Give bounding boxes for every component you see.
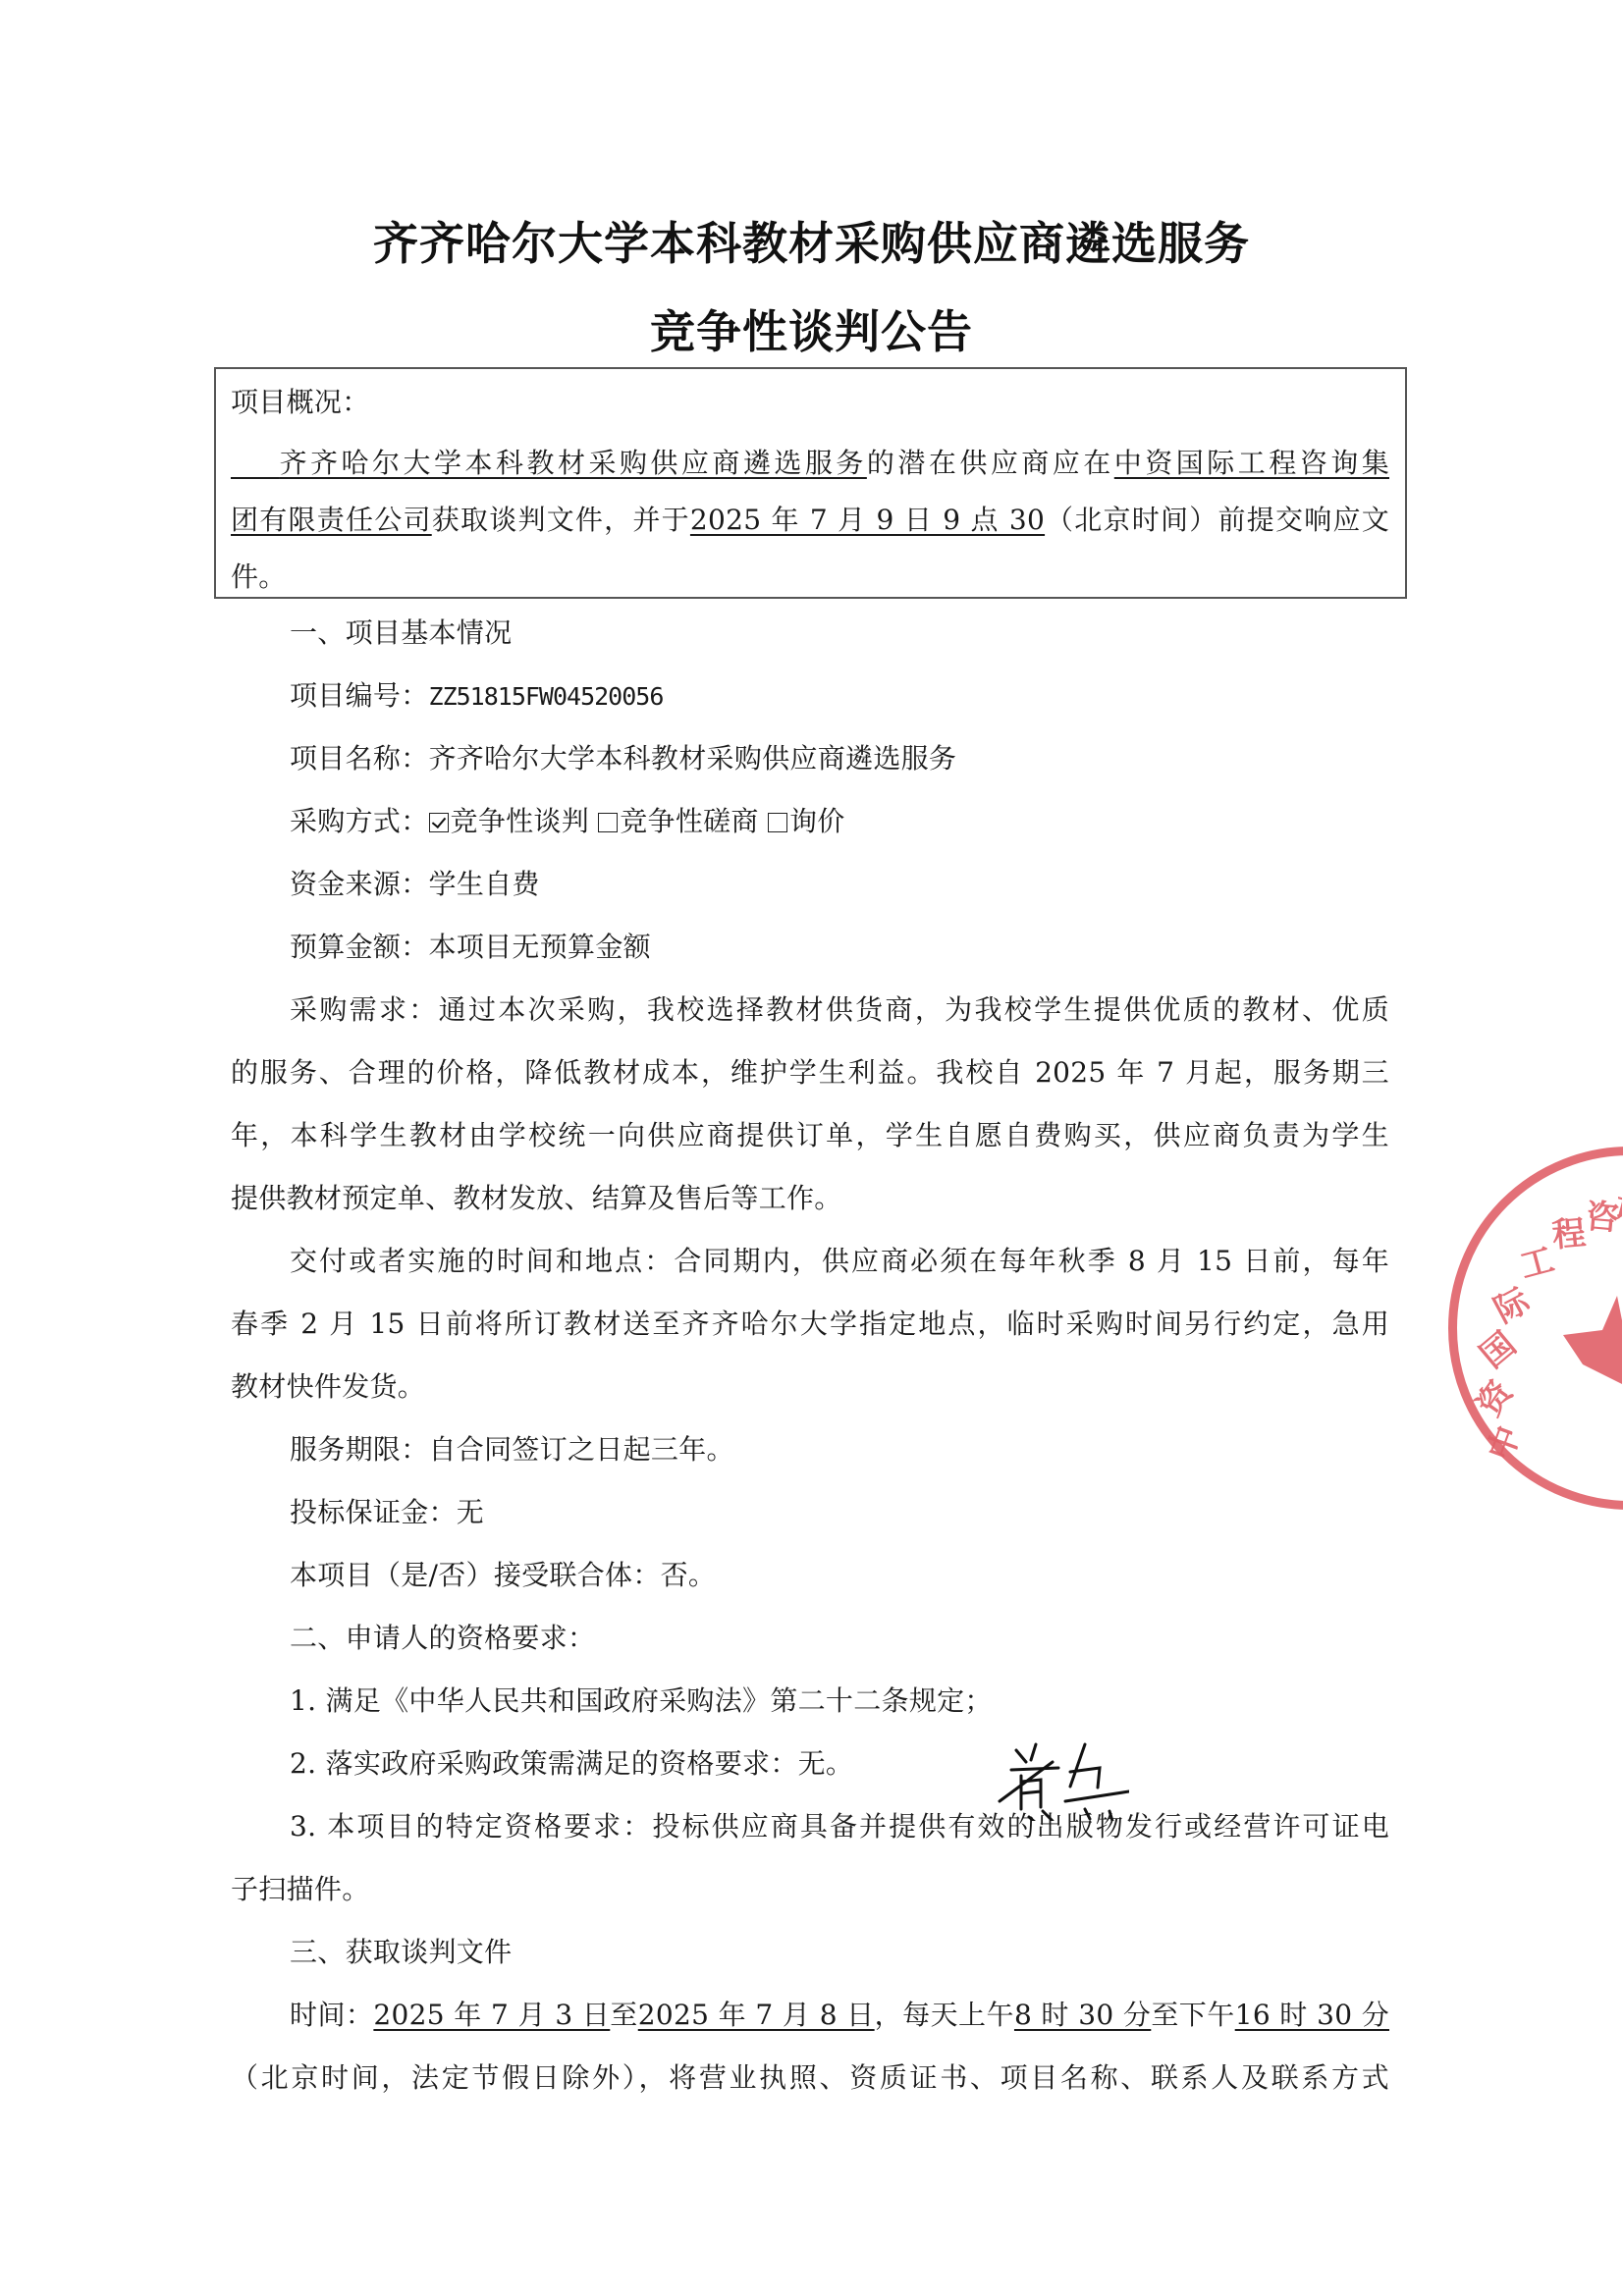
project-number-value: ZZ51815FW04520056	[429, 682, 664, 711]
section1-heading: 一、项目基本情况	[290, 616, 512, 650]
svg-text:际: 际	[1488, 1280, 1537, 1331]
start-date: 2025 年 7 月 3 日	[373, 1999, 610, 2031]
section2-heading: 二、申请人的资格要求：	[290, 1622, 595, 1655]
end-date: 2025 年 7 月 8 日	[638, 1999, 875, 2031]
svg-text:资: 资	[1470, 1373, 1522, 1424]
checkbox-inquiry	[768, 813, 787, 832]
delivery-line-2: 春季 2 月 15 日前将所订教材送至齐齐哈尔大学指定地点，临时采购时间另行约定…	[231, 1308, 1389, 1341]
acquisition-time-line: 时间：2025 年 7 月 3 日至2025 年 7 月 8 日，每天上午8 时…	[290, 1999, 1389, 2032]
budget-row: 预算金额：本项目无预算金额	[290, 931, 651, 964]
overview-heading: 项目概况：	[231, 386, 370, 419]
qualification-item-1: 1. 满足《中华人民共和国政府采购法》第二十二条规定；	[290, 1684, 993, 1718]
fund-source-row: 资金来源：学生自费	[290, 868, 540, 901]
procurement-method-row: 采购方式：竞争性谈判 竞争性磋商 询价	[290, 805, 845, 838]
bid-bond: 投标保证金：无	[290, 1496, 484, 1529]
handwritten-signature	[982, 1733, 1129, 1821]
svg-text:中: 中	[1481, 1420, 1529, 1466]
qualification-item-3-line-2: 子扫描件。	[231, 1873, 370, 1906]
overview-line-2: 团有限责任公司获取谈判文件，并于2025 年 7 月 9 日 9 点 30（北京…	[231, 504, 1389, 537]
consortium: 本项目（是/否）接受联合体：否。	[290, 1559, 716, 1592]
delivery-line-1: 交付或者实施的时间和地点：合同期内，供应商必须在每年秋季 8 月 15 日前，每…	[290, 1245, 1389, 1278]
project-name-row: 项目名称：齐齐哈尔大学本科教材采购供应商遴选服务	[290, 742, 956, 775]
overview-line-3: 件。	[231, 561, 287, 594]
requirement-line-3: 年，本科学生教材由学校统一向供应商提供订单，学生自愿自费购买，供应商负责为学生	[231, 1119, 1389, 1152]
checkbox-competitive-consultation	[598, 813, 618, 832]
delivery-line-3: 教材快件发货。	[231, 1370, 425, 1404]
svg-text:程: 程	[1550, 1213, 1587, 1255]
section3-heading: 三、获取谈判文件	[290, 1936, 512, 1969]
seal-text-and-star: 中 资 国 际 工 程 咨 询	[1465, 1168, 1622, 1492]
overview-agency-part2: 团有限责任公司	[231, 504, 432, 536]
checkbox-competitive-negotiation	[429, 813, 449, 832]
service-period: 服务期限：自合同签订之日起三年。	[290, 1433, 734, 1467]
svg-text:工: 工	[1516, 1240, 1558, 1286]
svg-text:国: 国	[1473, 1324, 1524, 1375]
document-title-line1: 齐齐哈尔大学本科教材采购供应商遴选服务	[0, 208, 1623, 273]
start-time: 8 时 30 分	[1014, 1999, 1151, 2031]
project-number-row: 项目编号：ZZ51815FW04520056	[290, 679, 663, 714]
requirement-line-1: 采购需求：通过本次采购，我校选择教材供货商，为我校学生提供优质的教材、优质	[290, 993, 1389, 1027]
acquisition-line-2: （北京时间，法定节假日除外），将营业执照、资质证书、项目名称、联系人及联系方式	[231, 2061, 1389, 2095]
qualification-item-3-line-1: 3. 本项目的特定资格要求：投标供应商具备并提供有效的出版物发行或经营许可证电	[290, 1810, 1389, 1843]
overview-project-name: 齐齐哈尔大学本科教材采购供应商遴选服务	[231, 447, 867, 479]
overview-box	[214, 367, 1407, 599]
end-time: 16 时 30 分	[1235, 1999, 1389, 2031]
qualification-item-2: 2. 落实政府采购政策需满足的资格要求：无。	[290, 1747, 853, 1781]
requirement-line-2: 的服务、合理的价格，降低教材成本，维护学生利益。我校自 2025 年 7 月起，…	[231, 1056, 1389, 1090]
overview-line-1: 齐齐哈尔大学本科教材采购供应商遴选服务的潜在供应商应在中资国际工程咨询集	[231, 447, 1389, 480]
requirement-line-4: 提供教材预定单、教材发放、结算及售后等工作。	[231, 1182, 842, 1215]
overview-agency-part1: 中资国际工程咨询集	[1114, 447, 1389, 479]
project-name-value: 齐齐哈尔大学本科教材采购供应商遴选服务	[429, 742, 957, 774]
document-title-line2: 竞争性谈判公告	[0, 296, 1623, 361]
overview-deadline: 2025 年 7 月 9 日 9 点 30	[690, 504, 1045, 536]
